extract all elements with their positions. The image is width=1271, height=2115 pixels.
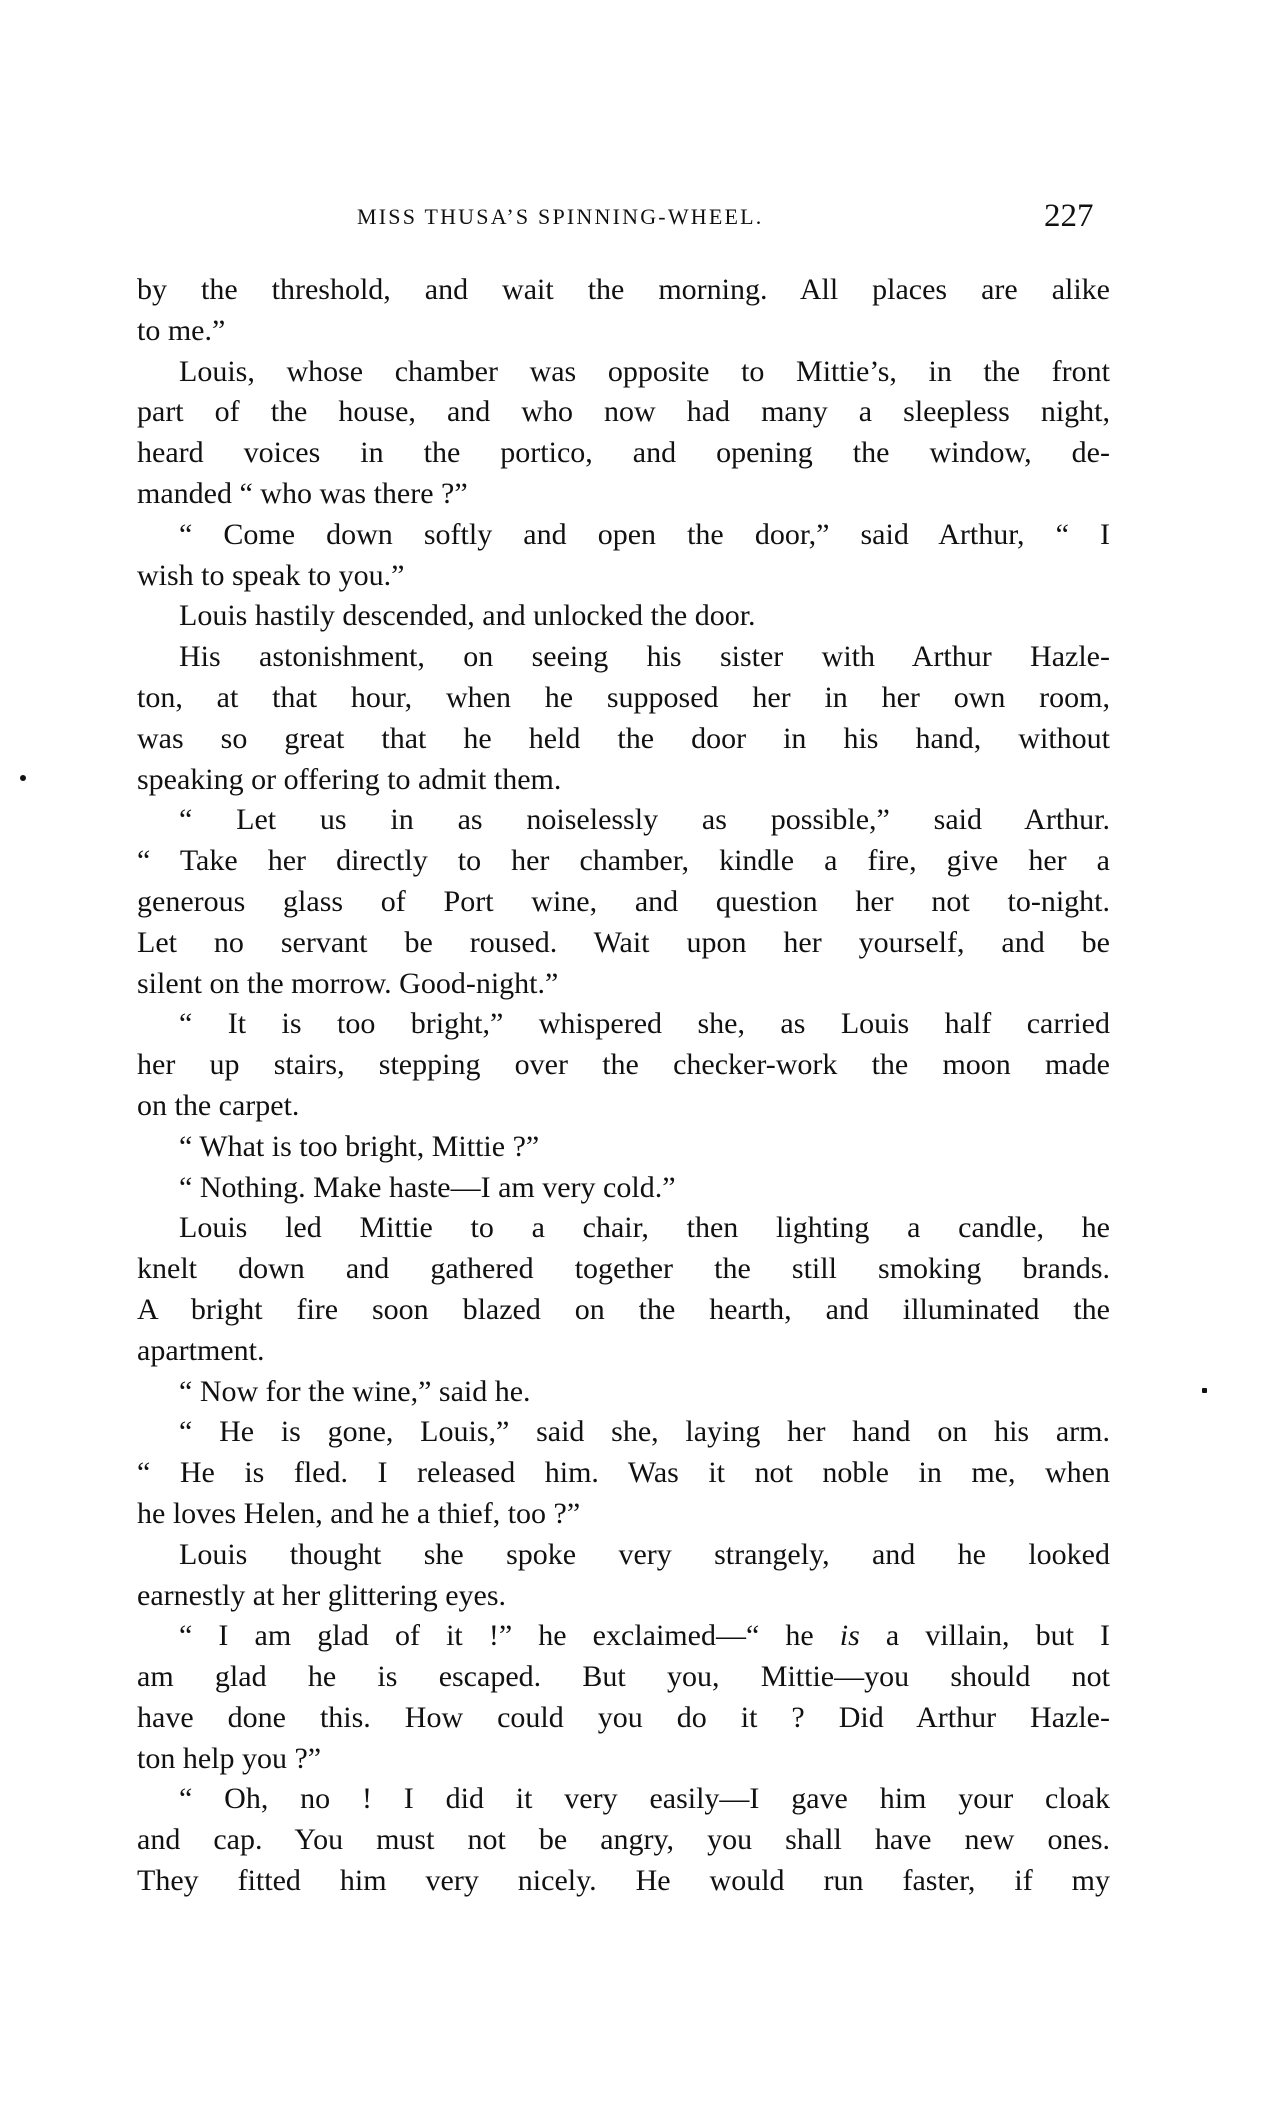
text-line: wish to speak to you.” bbox=[137, 556, 1110, 597]
text-line: “ Let us in as noiselessly as possible,”… bbox=[137, 800, 1110, 841]
page-header: Miss Thusa’s Spinning-Wheel. 227 bbox=[0, 200, 1271, 236]
text-line: Louis hastily descended, and unlocked th… bbox=[137, 596, 1110, 637]
text-line: “ Take her directly to her chamber, kind… bbox=[137, 841, 1110, 882]
body-text: by the threshold, and wait the morning. … bbox=[137, 270, 1110, 1902]
print-speck-right bbox=[1202, 1388, 1207, 1393]
text-line: ton help you ?” bbox=[137, 1739, 1110, 1780]
text-line: am glad he is escaped. But you, Mittie—y… bbox=[137, 1657, 1110, 1698]
text-line: to me.” bbox=[137, 311, 1110, 352]
text-line: “ Nothing. Make haste—I am very cold.” bbox=[137, 1168, 1110, 1209]
book-page: Miss Thusa’s Spinning-Wheel. 227 by the … bbox=[0, 0, 1271, 2115]
text-line: “ It is too bright,” whispered she, as L… bbox=[137, 1004, 1110, 1045]
page-number: 227 bbox=[1044, 198, 1094, 235]
text-line: and cap. You must not be angry, you shal… bbox=[137, 1820, 1110, 1861]
text-line: “ What is too bright, Mittie ?” bbox=[137, 1127, 1110, 1168]
text-line: by the threshold, and wait the morning. … bbox=[137, 270, 1110, 311]
text-line: “ Oh, no ! I did it very easily—I gave h… bbox=[137, 1779, 1110, 1820]
text-line: her up stairs, stepping over the checker… bbox=[137, 1045, 1110, 1086]
text-line: manded “ who was there ?” bbox=[137, 474, 1110, 515]
text-fragment: “ I am glad of it !” he exclaimed—“ he bbox=[179, 1619, 840, 1652]
print-speck-left bbox=[20, 775, 26, 781]
text-line: on the carpet. bbox=[137, 1086, 1110, 1127]
running-title: Miss Thusa’s Spinning-Wheel. bbox=[357, 204, 883, 230]
text-line: was so great that he held the door in hi… bbox=[137, 719, 1110, 760]
text-line: “ Come down softly and open the door,” s… bbox=[137, 515, 1110, 556]
text-line: His astonishment, on seeing his sister w… bbox=[137, 637, 1110, 678]
text-line: generous glass of Port wine, and questio… bbox=[137, 882, 1110, 923]
text-line: silent on the morrow. Good-night.” bbox=[137, 964, 1110, 1005]
text-line: “ He is fled. I released him. Was it not… bbox=[137, 1453, 1110, 1494]
text-line: “ He is gone, Louis,” said she, laying h… bbox=[137, 1412, 1110, 1453]
text-line: he loves Helen, and he a thief, too ?” bbox=[137, 1494, 1110, 1535]
text-line: apartment. bbox=[137, 1331, 1110, 1372]
text-line: “ I am glad of it !” he exclaimed—“ he i… bbox=[137, 1616, 1110, 1657]
text-line: Louis thought she spoke very strangely, … bbox=[137, 1535, 1110, 1576]
text-line: “ Now for the wine,” said he. bbox=[137, 1372, 1110, 1413]
text-line: earnestly at her glittering eyes. bbox=[137, 1576, 1110, 1617]
text-fragment: a villain, but I bbox=[860, 1619, 1110, 1652]
text-line: Louis led Mittie to a chair, then lighti… bbox=[137, 1208, 1110, 1249]
text-line: heard voices in the portico, and opening… bbox=[137, 433, 1110, 474]
text-line: part of the house, and who now had many … bbox=[137, 392, 1110, 433]
italic-emphasis: is bbox=[840, 1619, 860, 1652]
text-line: They fitted him very nicely. He would ru… bbox=[137, 1861, 1110, 1902]
text-line: ton, at that hour, when he supposed her … bbox=[137, 678, 1110, 719]
text-line: Let no servant be roused. Wait upon her … bbox=[137, 923, 1110, 964]
text-line: speaking or offering to admit them. bbox=[137, 760, 1110, 801]
text-line: have done this. How could you do it ? Di… bbox=[137, 1698, 1110, 1739]
text-line: knelt down and gathered together the sti… bbox=[137, 1249, 1110, 1290]
text-line: Louis, whose chamber was opposite to Mit… bbox=[137, 352, 1110, 393]
text-line: A bright fire soon blazed on the hearth,… bbox=[137, 1290, 1110, 1331]
